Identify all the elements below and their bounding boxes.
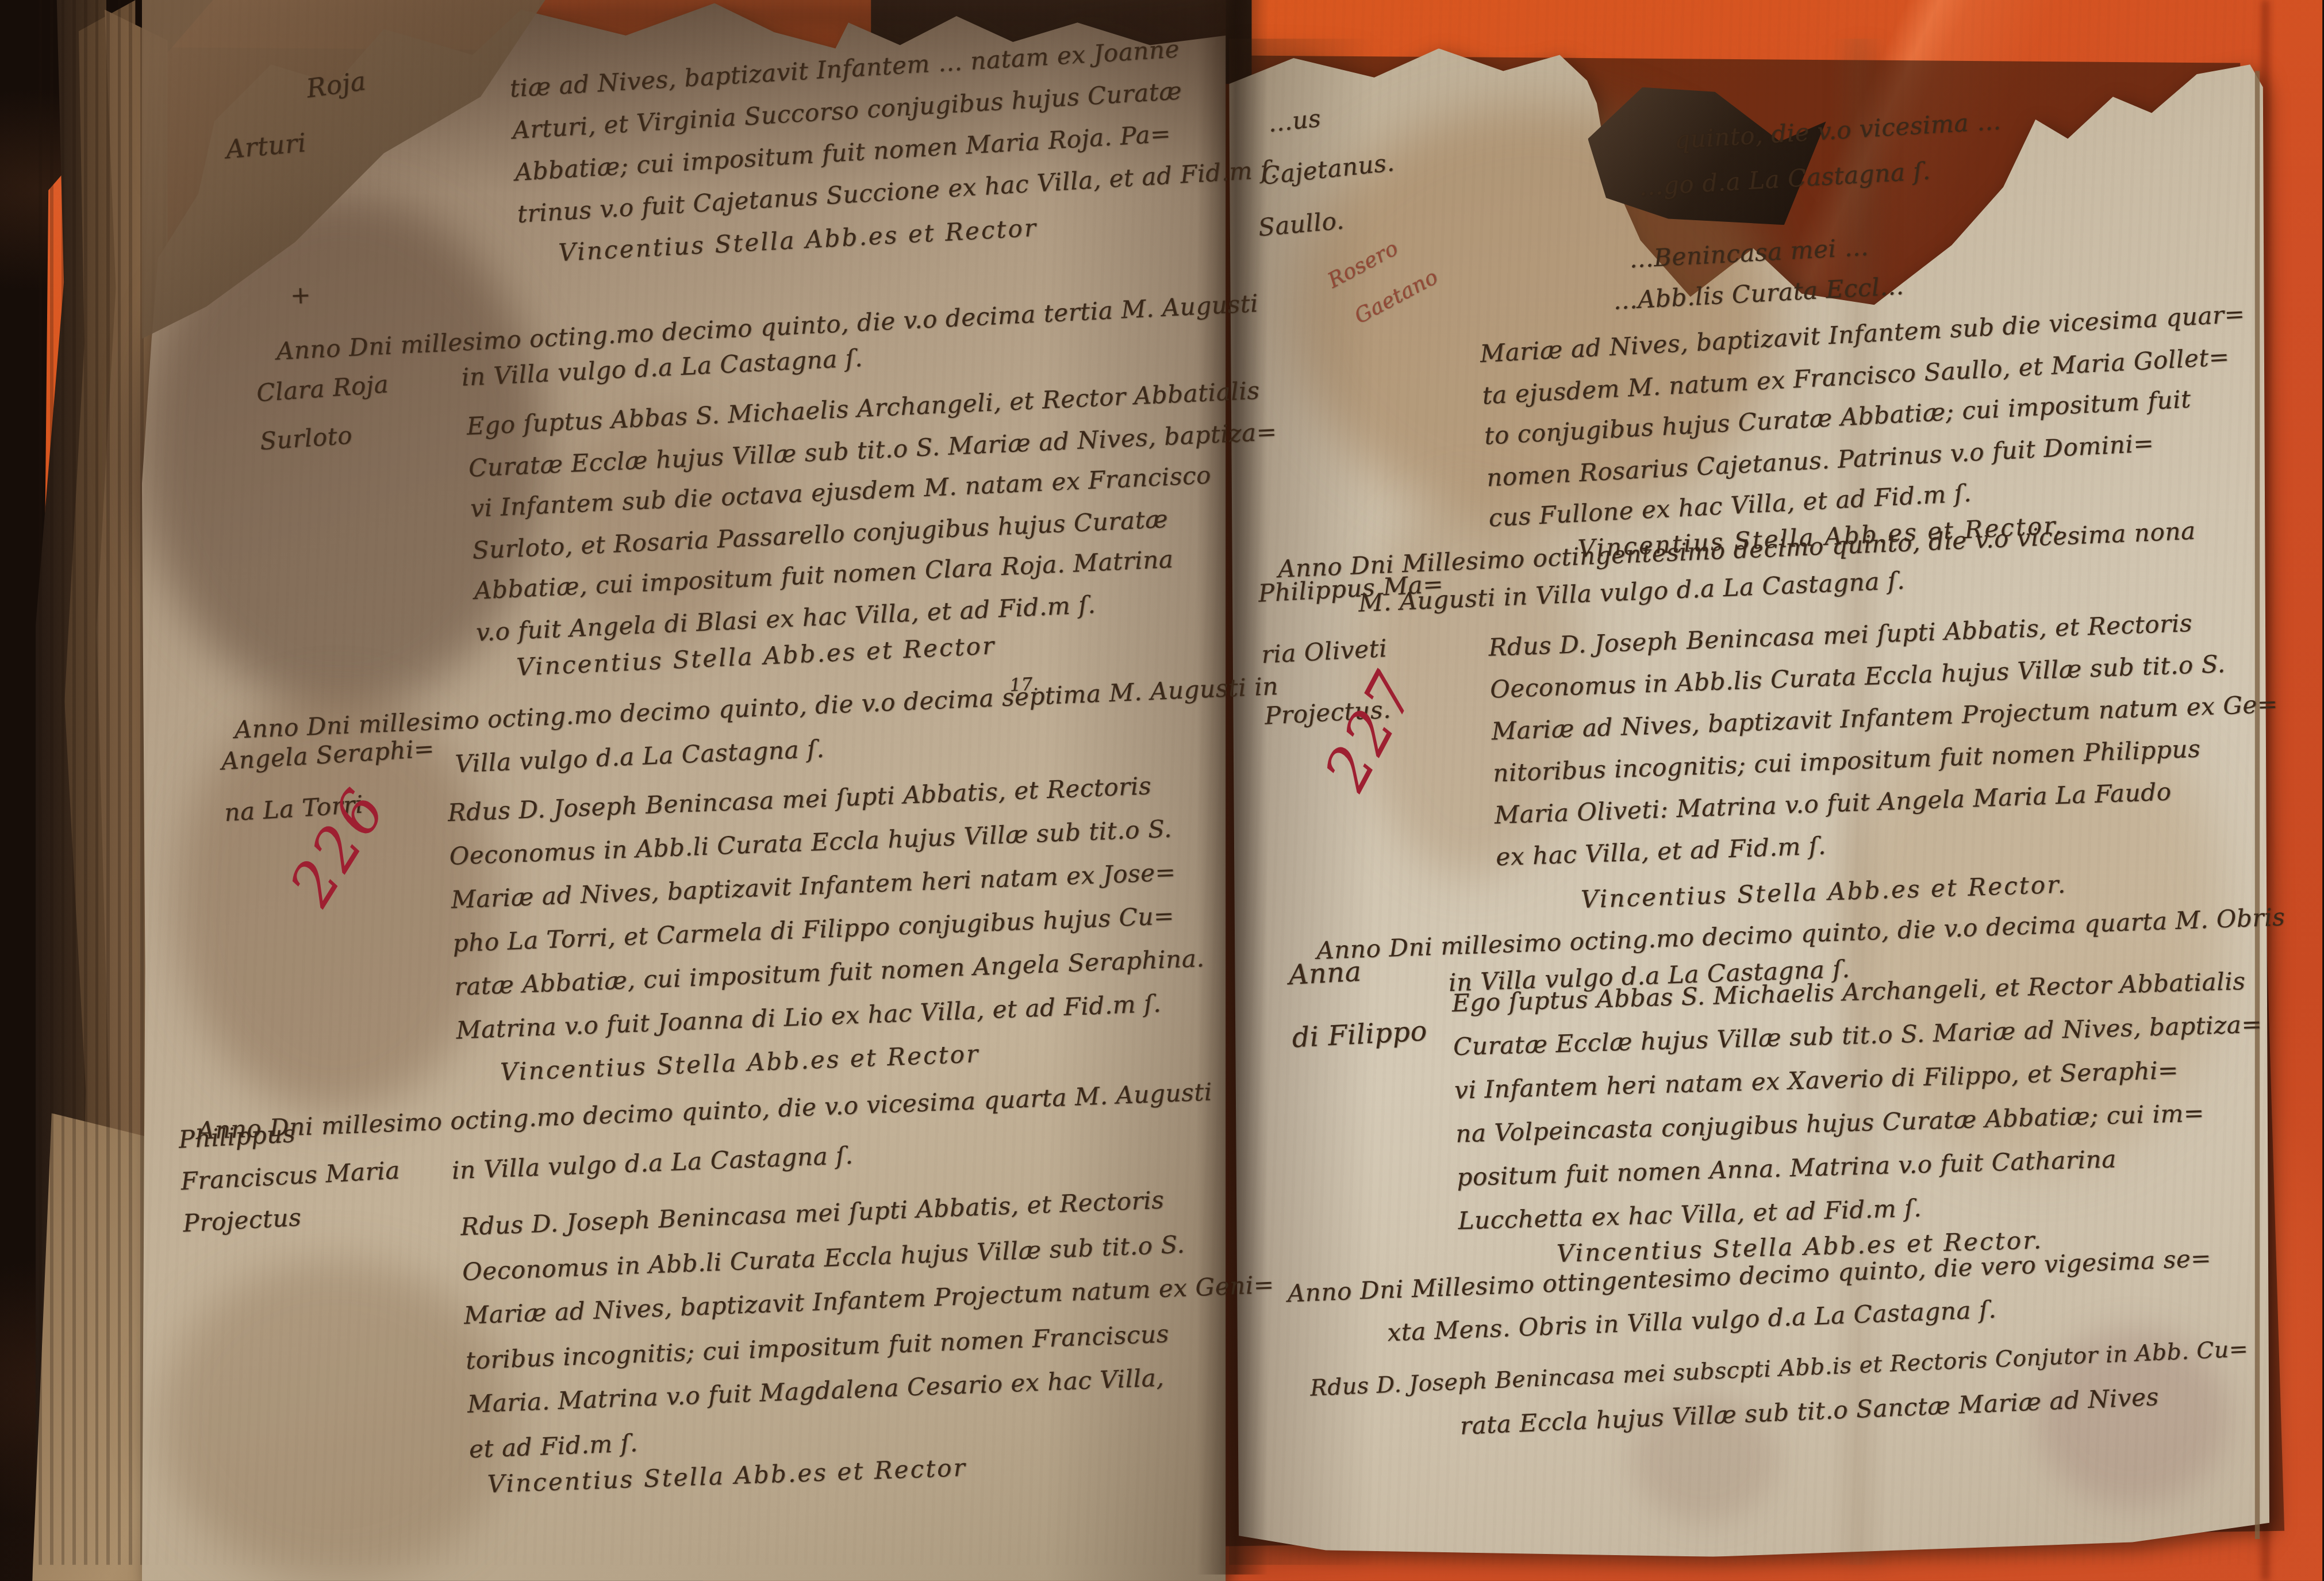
text-line: Philippus Ma= (1257, 554, 1445, 624)
margin-name-block: Annadi Filippo (1287, 939, 1428, 1072)
margin-name: …us (1266, 97, 1323, 144)
baptism-entry-body: Rdus D. Joseph Benincasa mei ſupti Abbat… (1488, 600, 2283, 878)
text-line: di Filippo (1290, 1001, 1429, 1072)
baptism-entry-body: Rdus D. Joseph Benincasa mei ſupti Abbat… (447, 763, 1207, 1053)
margin-name: Roja (304, 60, 369, 110)
text-line: Anna (1287, 939, 1426, 1009)
baptism-entry-body: Ego ſuptus Abbas S. Michaelis Archangeli… (1451, 960, 2268, 1244)
baptism-entry-body: Mariæ ad Nives, baptizavit Infantem sub … (1479, 295, 2254, 540)
cross-mark: + (290, 274, 312, 316)
margin-name-block: PhilippusFranciscus MariaProjectus (178, 1107, 404, 1245)
photo-of-manuscript: Roja Arturi tiæ ad Nives, baptizavit Inf… (0, 0, 2323, 1581)
text-line: Surloto (258, 408, 393, 466)
stain (158, 1258, 513, 1581)
margin-name: Saullo. (1257, 199, 1346, 249)
baptism-entry-body: Rdus D. Joseph Benincasa mei ſupti Abbat… (460, 1175, 1280, 1472)
margin-name: Arturi (224, 122, 308, 171)
text-line: Clara Roja (255, 360, 390, 417)
baptism-entry-body: Ego ſuptus Abbas S. Michaelis Archangeli… (466, 371, 1285, 654)
text-line: ria Oliveti (1260, 615, 1449, 685)
margin-name-block: Clara RojaSurloto (255, 360, 393, 466)
